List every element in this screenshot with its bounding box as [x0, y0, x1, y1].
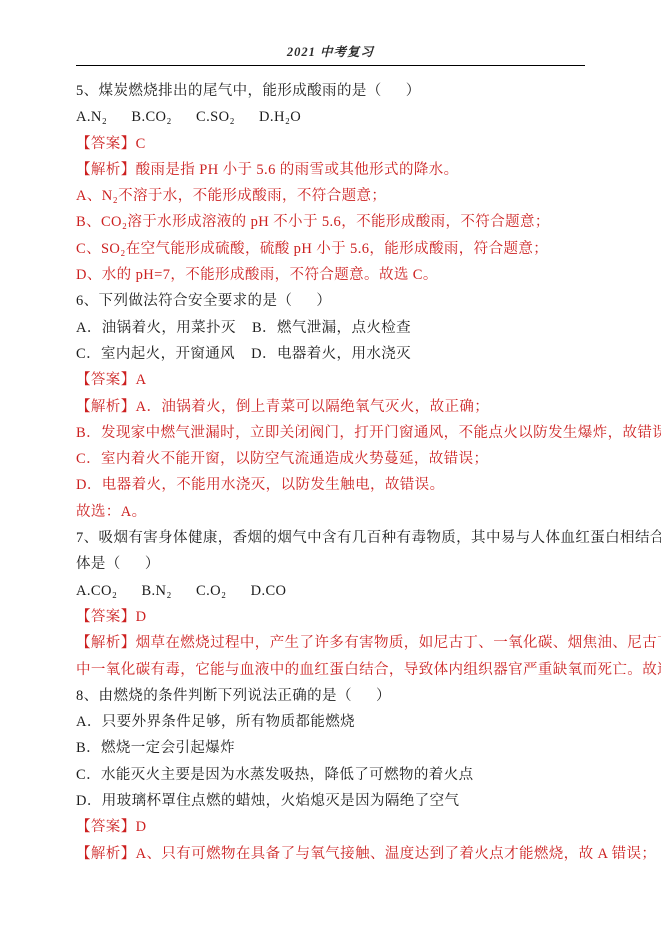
q8-option: D．用玻璃杯罩住点燃的蜡烛，火焰熄灭是因为隔绝了空气 [76, 788, 585, 814]
header-divider [76, 65, 585, 66]
q7-stem-line1: 7、吸烟有害身体健康，香烟的烟气中含有几百种有毒物质，其中易与人体血红蛋白相结合… [76, 525, 585, 551]
q6-stem: 6、下列做法符合安全要求的是（ ） [76, 288, 585, 314]
document-content: 5、煤炭燃烧排出的尾气中，能形成酸雨的是（ ） A.N₂ B.CO₂ C.SO₂… [76, 78, 585, 867]
q8-stem: 8、由燃烧的条件判断下列说法正确的是（ ） [76, 683, 585, 709]
q5-analysis-line: 【解析】酸雨是指 PH 小于 5.6 的雨雪或其他形式的降水。 [76, 157, 585, 183]
q6-answer: 【答案】A [76, 367, 585, 393]
q8-option: C．水能灭火主要是因为水蒸发吸热，降低了可燃物的着火点 [76, 762, 585, 788]
q7-analysis-line: 【解析】烟草在燃烧过程中，产生了许多有害物质，如尼古丁、一氧化碳、烟焦油、尼古丁… [76, 630, 585, 656]
q5-options: A.N₂ B.CO₂ C.SO₂ D.H₂O [76, 104, 585, 130]
q7-answer: 【答案】D [76, 604, 585, 630]
q7-analysis-line: 中一氧化碳有毒，它能与血液中的血红蛋白结合，导致体内组织器官严重缺氧而死亡。故选… [76, 657, 585, 683]
q8-answer: 【答案】D [76, 814, 585, 840]
q5-analysis-line: A、N₂不溶于水，不能形成酸雨，不符合题意； [76, 183, 585, 209]
q6-analysis-line: C．室内着火不能开窗，以防空气流通造成火势蔓延，故错误； [76, 446, 585, 472]
q6-options-row2: C．室内起火，开窗通风 D．电器着火，用水浇灭 [76, 341, 585, 367]
q7-stem-line2: 体是（ ） [76, 551, 585, 577]
q7-options: A.CO₂ B.N₂ C.O₂ D.CO [76, 578, 585, 604]
q6-analysis-line: D．电器着火，不能用水浇灭，以防发生触电，故错误。 [76, 472, 585, 498]
q5-answer: 【答案】C [76, 131, 585, 157]
q6-analysis-line: 故选：A。 [76, 499, 585, 525]
q6-analysis-line: B．发现家中燃气泄漏时，立即关闭阀门，打开门窗通风，不能点火以防发生爆炸，故错误… [76, 420, 585, 446]
header-title: 2021 中考复习 [287, 45, 374, 59]
q5-analysis-line: B、CO₂溶于水形成溶液的 pH 不小于 5.6，不能形成酸雨，不符合题意； [76, 209, 585, 235]
document-page: 2021 中考复习 5、煤炭燃烧排出的尾气中，能形成酸雨的是（ ） A.N₂ B… [0, 0, 661, 935]
q8-analysis-line: 【解析】A、只有可燃物在具备了与氧气接触、温度达到了着火点才能燃烧，故 A 错误… [76, 841, 585, 867]
q6-analysis-line: 【解析】A．油锅着火，倒上青菜可以隔绝氧气灭火，故正确； [76, 394, 585, 420]
q5-analysis-line: C、SO₂在空气能形成硫酸，硫酸 pH 小于 5.6，能形成酸雨，符合题意； [76, 236, 585, 262]
q8-option: A．只要外界条件足够，所有物质都能燃烧 [76, 709, 585, 735]
q5-stem: 5、煤炭燃烧排出的尾气中，能形成酸雨的是（ ） [76, 78, 585, 104]
q8-option: B．燃烧一定会引起爆炸 [76, 735, 585, 761]
q5-analysis-line: D、水的 pH=7，不能形成酸雨，不符合题意。故选 C。 [76, 262, 585, 288]
page-header: 2021 中考复习 [76, 0, 585, 61]
q6-options-row1: A．油锅着火，用菜扑灭 B．燃气泄漏，点火检查 [76, 315, 585, 341]
